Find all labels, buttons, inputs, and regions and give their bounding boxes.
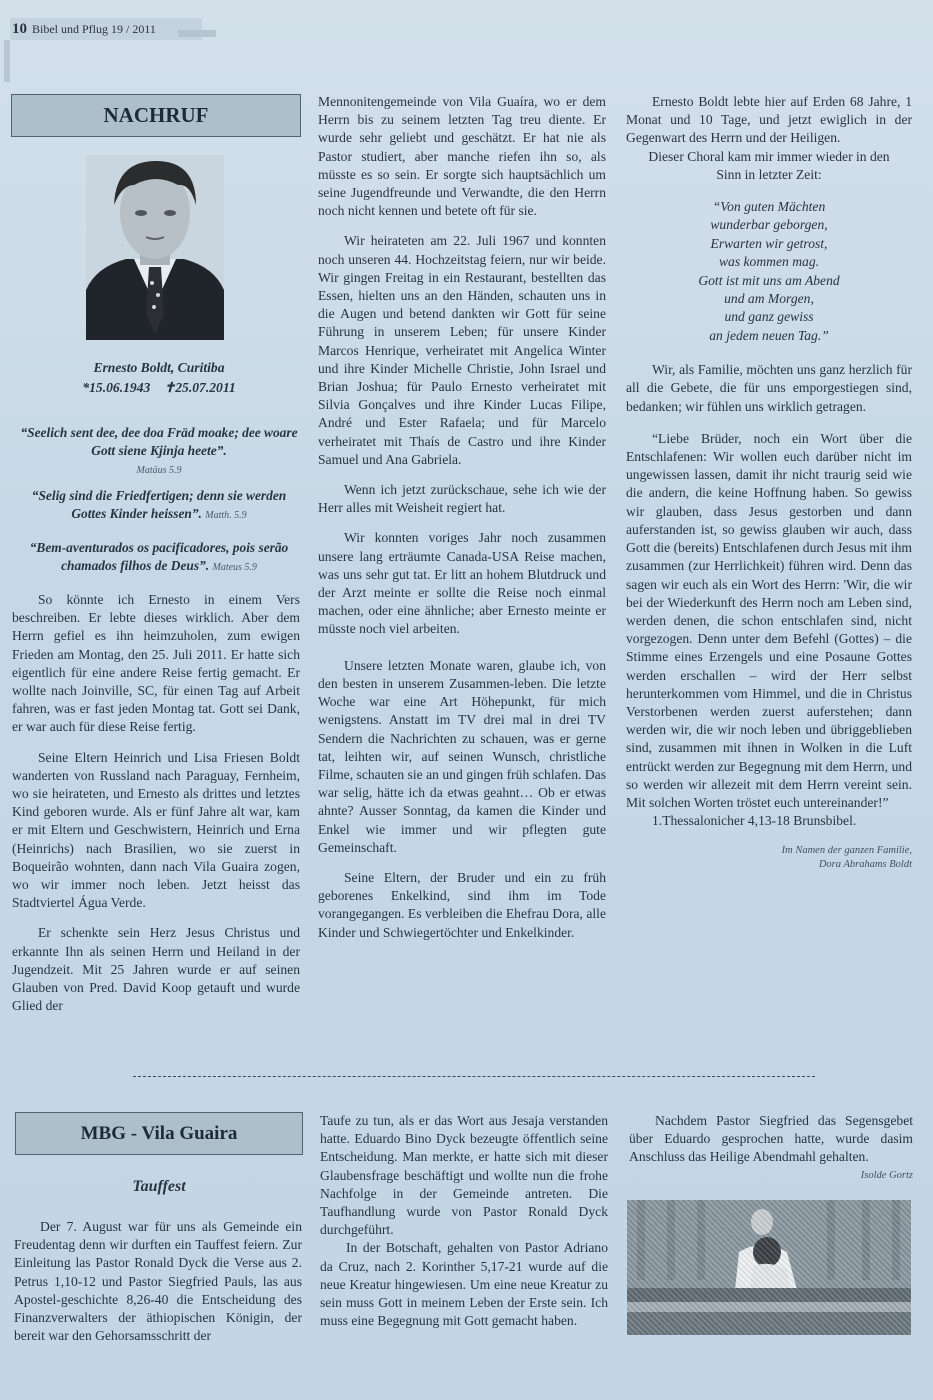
paragraph: Seine Eltern Heinrich und Lisa Friesen B… (12, 749, 300, 913)
page-header: 10 Bibel und Pflug 19 / 2011 (10, 18, 202, 40)
quote-portuguese: “Bem-aventurados os pacificadores, pois … (12, 539, 306, 577)
header-decoration (178, 30, 216, 37)
paragraph: Seine Eltern, der Bruder und ein zu früh… (318, 869, 606, 942)
signature: Im Namen der ganzen Familie, Dora Abraha… (626, 844, 912, 872)
scripture-reference: 1.Thessalonicher 4,13-18 Brunsbibel. (626, 812, 912, 830)
paragraph: Taufe zu tun, als er das Wort aus Jesaja… (320, 1112, 608, 1239)
poem-line: und ganz gewiss (626, 308, 912, 326)
baptism-column-3: Nachdem Pastor Siegfried das Segensgebet… (629, 1112, 913, 1185)
quote-text: “Seelich sent dee, dee doa Fräd moake; d… (20, 425, 297, 458)
poem-line: “Von guten Mächten (626, 198, 912, 216)
poem-line: an jedem neuen Tag.” (626, 327, 912, 345)
person-name: Ernesto Boldt, Curitiba (14, 358, 304, 378)
obituary-column-3: Ernesto Boldt lebte hier auf Erden 68 Ja… (626, 93, 912, 872)
paragraph: Ernesto Boldt lebte hier auf Erden 68 Ja… (626, 93, 912, 148)
paragraph: Unsere letzten Monate waren, glaube ich,… (318, 657, 606, 857)
paragraph: Nachdem Pastor Siegfried das Segensgebet… (629, 1112, 913, 1167)
section-divider (133, 1076, 815, 1077)
quote-german: “Selig sind die Friedfertigen; denn sie … (14, 487, 304, 525)
nachruf-title: NACHRUF (104, 103, 209, 128)
poem-line: und am Morgen, (626, 290, 912, 308)
paragraph: Er schenkte sein Herz Jesus Christus und… (12, 924, 300, 1015)
baptism-photo (627, 1200, 911, 1335)
obituary-column-2: Mennonitengemeinde von Vila Guaíra, wo e… (318, 93, 606, 942)
portrait-image (86, 155, 224, 340)
quote-reference: Matäus 5.9 (137, 465, 182, 476)
choral-intro: Dieser Choral kam mir immer wieder in de… (626, 148, 912, 184)
paragraph: Wir konnten voriges Jahr noch zusammen u… (318, 529, 606, 638)
quote-text: “Selig sind die Friedfertigen; denn sie … (32, 488, 286, 521)
paragraph: Wir, als Familie, möchten uns ganz herzl… (626, 361, 912, 416)
signature-line: Im Namen der ganzen Familie, (626, 844, 912, 858)
baptism-column-1: Der 7. August war für uns als Gemeinde e… (14, 1218, 302, 1345)
portrait-caption: Ernesto Boldt, Curitiba *15.06.1943 ✝25.… (14, 358, 304, 398)
paragraph: Mennonitengemeinde von Vila Guaíra, wo e… (318, 93, 606, 220)
paragraph-text: Nachdem Pastor Siegfried das Segensgebet… (629, 1113, 913, 1164)
poem-line: Erwarten wir getrost, (626, 235, 912, 253)
poem-line: Gott ist mit uns am Abend (626, 272, 912, 290)
signature-name: Dora Abrahams Boldt (626, 858, 912, 872)
paragraph: In der Botschaft, gehalten von Pastor Ad… (320, 1239, 608, 1330)
paragraph: Wir heirateten am 22. Juli 1967 und konn… (318, 232, 606, 469)
page-edge-mark (4, 40, 10, 82)
obituary-column-1: So könnte ich Ernesto in einem Vers besc… (12, 591, 300, 1015)
photo-screen-pattern (627, 1200, 911, 1335)
mbg-title: MBG - Vila Guaira (81, 1123, 238, 1145)
paragraph: Wenn ich jetzt zurückschaue, sehe ich wi… (318, 481, 606, 517)
poem-line: wunderbar geborgen, (626, 216, 912, 234)
scripture-quote: “Liebe Brüder, noch ein Wort über die En… (626, 430, 912, 812)
nachruf-title-box: NACHRUF (11, 94, 301, 137)
life-dates: *15.06.1943 ✝25.07.2011 (14, 378, 304, 398)
portrait-photo (86, 155, 224, 340)
quote-plautdietsch: “Seelich sent dee, dee doa Fräd moake; d… (18, 424, 300, 480)
page-number: 10 (12, 21, 27, 38)
tauffest-subtitle: Tauffest (14, 1178, 304, 1196)
author-credit: Isolde Gortz (835, 1167, 913, 1185)
choral-poem: “Von guten Mächten wunderbar geborgen, E… (626, 198, 912, 345)
quote-reference: Matth. 5.9 (205, 510, 246, 521)
baptism-column-2: Taufe zu tun, als er das Wort aus Jesaja… (320, 1112, 608, 1330)
quote-reference: Mateus 5.9 (212, 562, 256, 573)
paragraph: Der 7. August war für uns als Gemeinde e… (14, 1218, 302, 1345)
publication-name: Bibel und Pflug 19 / 2011 (32, 22, 156, 37)
mbg-title-box: MBG - Vila Guaira (15, 1112, 303, 1155)
poem-line: was kommen mag. (626, 253, 912, 271)
paragraph: So könnte ich Ernesto in einem Vers besc… (12, 591, 300, 737)
